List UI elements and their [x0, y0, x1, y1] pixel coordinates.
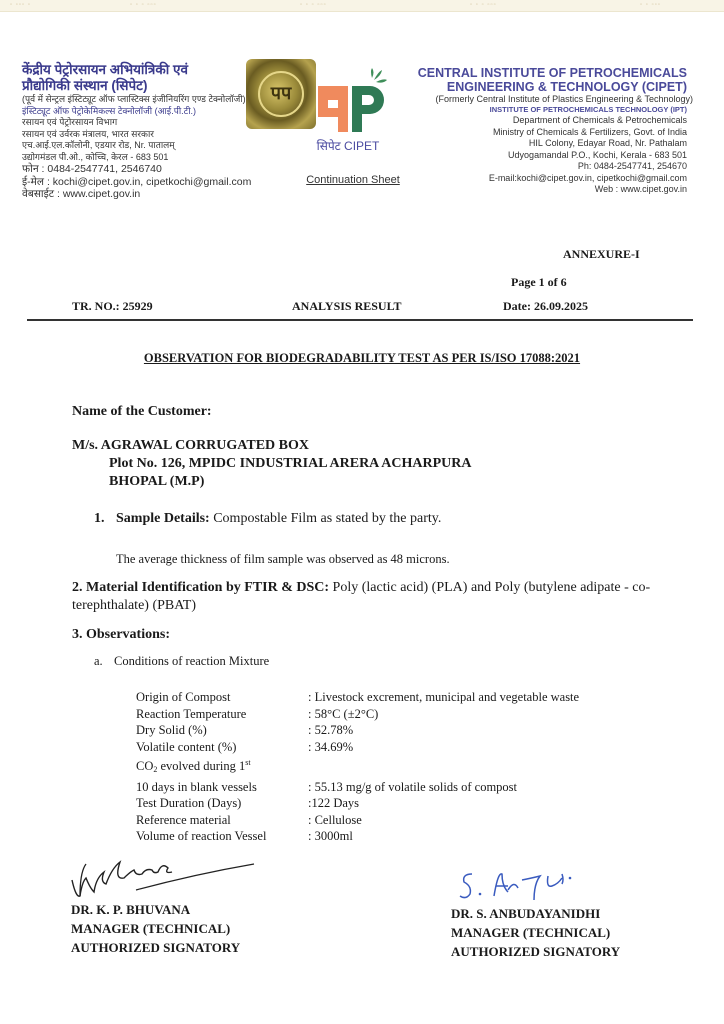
condition-row: Origin of Compost : Livestock excrement,…: [136, 689, 656, 706]
english-phone: Ph: 0484-2547741, 254670: [387, 161, 687, 173]
co2-label-mid: evolved during 1: [157, 759, 245, 773]
condition-value: : 3000ml: [308, 828, 656, 845]
co2-label-pre: CO: [136, 759, 153, 773]
conditions-table: Origin of Compost : Livestock excrement,…: [136, 689, 656, 845]
document-title: OBSERVATION FOR BIODEGRADABILITY TEST AS…: [0, 351, 724, 366]
page-number: Page 1 of 6: [511, 275, 567, 290]
english-dept: Department of Chemicals & Petrochemicals: [387, 115, 687, 127]
hindi-title-line1: केंद्रीय पेट्रोरसायन अभियांत्रिकी एवं: [22, 62, 282, 78]
co2-label-sup: st: [245, 758, 250, 767]
letterhead-hindi: केंद्रीय पेट्रोरसायन अभियांत्रिकी एवं प्…: [22, 62, 282, 201]
signatory-title: MANAGER (TECHNICAL): [71, 919, 240, 938]
sample-details-value: Compostable Film as stated by the party.: [210, 511, 442, 526]
english-ipt: INSTITUTE OF PETROCHEMICALS TECHNOLOGY (…: [387, 105, 687, 115]
signatory-name: DR. K. P. BHUVANA: [71, 900, 240, 919]
hindi-phone: फोन : 0484-2547741, 2546740: [22, 163, 282, 176]
condition-value: : 52.78%: [308, 722, 656, 739]
signature-anbudayanidhi-icon: [458, 868, 588, 902]
condition-row: Volatile content (%) : 34.69%: [136, 739, 656, 756]
condition-label: Origin of Compost: [136, 689, 308, 706]
english-address2: Udyogamandal P.O., Kochi, Kerala - 683 5…: [387, 150, 687, 162]
condition-value: : Livestock excrement, municipal and veg…: [308, 689, 656, 706]
material-identification-label: 2. Material Identification by FTIR & DSC…: [72, 580, 329, 595]
hindi-formerly-line1: (पूर्व में सेन्ट्रल इंस्टिट्यूट ऑफ प्लास…: [22, 94, 282, 106]
english-formerly: (Formerly Central Institute of Plastics …: [387, 94, 693, 105]
hindi-address1: एच.आई.एल.कॉलोनी, एडयार रोड, Nr. पातालम्: [22, 140, 282, 152]
cipet-logo-caption: सिपेट CIPET: [298, 137, 398, 154]
hologram-seal: पप: [246, 59, 316, 129]
hindi-email: ई-मेल : kochi@cipet.gov.in, cipetkochi@g…: [22, 176, 282, 189]
condition-value: : Cellulose: [308, 812, 656, 829]
signatory-title: MANAGER (TECHNICAL): [451, 923, 620, 942]
signatory-left: DR. K. P. BHUVANA MANAGER (TECHNICAL) AU…: [71, 900, 240, 957]
cipet-logo-icon: [318, 68, 388, 132]
signatory-role: AUTHORIZED SIGNATORY: [451, 942, 620, 961]
conditions-subheading-label: Conditions of reaction Mixture: [114, 654, 269, 668]
analysis-heading: ANALYSIS RESULT: [292, 299, 402, 314]
report-date: Date: 26.09.2025: [503, 299, 588, 314]
annexure-label: ANNEXURE-I: [563, 247, 640, 262]
sample-details: 1.Sample Details: Compostable Film as st…: [94, 511, 441, 527]
condition-label: 10 days in blank vessels: [136, 779, 308, 796]
condition-row: Volume of reaction Vessel : 3000ml: [136, 828, 656, 845]
english-web: Web : www.cipet.gov.in: [387, 184, 687, 196]
hindi-title-line2: प्रौद्योगिकी संस्थान (सिपेट): [22, 78, 282, 94]
english-title-line2: ENGINEERING & TECHNOLOGY (CIPET): [387, 80, 687, 94]
condition-value: : 55.13 mg/g of volatile solids of compo…: [308, 779, 656, 796]
condition-row: CO2 evolved during 1st: [136, 755, 656, 779]
condition-label: Volume of reaction Vessel: [136, 828, 308, 845]
hindi-dept: रसायन एवं पेट्रोरसायन विभाग: [22, 117, 282, 129]
condition-row: Reference material : Cellulose: [136, 812, 656, 829]
condition-label: Reaction Temperature: [136, 706, 308, 723]
condition-label: Dry Solid (%): [136, 722, 308, 739]
hologram-glyph: पप: [246, 81, 316, 105]
sample-details-number: 1.: [94, 511, 116, 527]
condition-row: Reaction Temperature : 58°C (±2°C): [136, 706, 656, 723]
signatory-name: DR. S. ANBUDAYANIDHI: [451, 904, 620, 923]
condition-value: : 34.69%: [308, 739, 656, 756]
customer-address-line1: Plot No. 126, MPIDC INDUSTRIAL ARERA ACH…: [109, 456, 471, 472]
condition-label: CO2 evolved during 1st: [136, 755, 308, 779]
customer-address-line2: BHOPAL (M.P): [109, 474, 204, 490]
hindi-address2: उद्योगमंडल पी.ओ., कोच्चि, केरल - 683 501: [22, 152, 282, 164]
english-title-line1: CENTRAL INSTITUTE OF PETROCHEMICALS: [387, 66, 687, 80]
condition-row: 10 days in blank vessels : 55.13 mg/g of…: [136, 779, 656, 796]
security-stripe: ▫ ▫▫▫ ▫▫ ▫ ▫ ▫▫▫▫ ▫ ▫ ▫▫▫ ▫ ▫ ▫ ▫▫▫▫ ▫ ▫…: [0, 0, 724, 12]
condition-row: Test Duration (Days) :122 Days: [136, 795, 656, 812]
condition-label: Reference material: [136, 812, 308, 829]
signatory-role: AUTHORIZED SIGNATORY: [71, 938, 240, 957]
english-email: E-mail:kochi@cipet.gov.in, cipetkochi@gm…: [387, 173, 687, 185]
condition-label: Volatile content (%): [136, 739, 308, 756]
tr-number: TR. NO.: 25929: [72, 299, 153, 314]
condition-value: [308, 755, 656, 779]
thickness-note: The average thickness of film sample was…: [116, 552, 450, 567]
hindi-formerly-line2: इंस्टिट्यूट ऑफ पेट्रोकेमिकल्स टेक्नोलॉजी…: [22, 106, 282, 118]
conditions-subheading: a.Conditions of reaction Mixture: [94, 654, 269, 669]
letterhead-english: CENTRAL INSTITUTE OF PETROCHEMICALS ENGI…: [387, 66, 687, 196]
condition-row: Dry Solid (%) : 52.78%: [136, 722, 656, 739]
customer-name: M/s. AGRAWAL CORRUGATED BOX: [72, 438, 309, 454]
sample-details-label: Sample Details:: [116, 511, 210, 526]
header-divider: [27, 319, 693, 321]
condition-value: :122 Days: [308, 795, 656, 812]
signature-bhuvana-icon: [66, 850, 256, 902]
hindi-website: वेबसाईट : www.cipet.gov.in: [22, 188, 282, 201]
english-ministry: Ministry of Chemicals & Fertilizers, Gov…: [387, 127, 687, 139]
hindi-ministry: रसायन एवं उर्वरक मंत्रालय, भारत सरकार: [22, 129, 282, 141]
material-identification: 2. Material Identification by FTIR & DSC…: [72, 579, 692, 615]
signatory-right: DR. S. ANBUDAYANIDHI MANAGER (TECHNICAL)…: [451, 904, 620, 961]
customer-label: Name of the Customer:: [72, 404, 212, 420]
condition-label: Test Duration (Days): [136, 795, 308, 812]
conditions-subheading-letter: a.: [94, 654, 114, 669]
condition-value: : 58°C (±2°C): [308, 706, 656, 723]
observations-heading: 3. Observations:: [72, 627, 170, 643]
english-address1: HIL Colony, Edayar Road, Nr. Pathalam: [387, 138, 687, 150]
